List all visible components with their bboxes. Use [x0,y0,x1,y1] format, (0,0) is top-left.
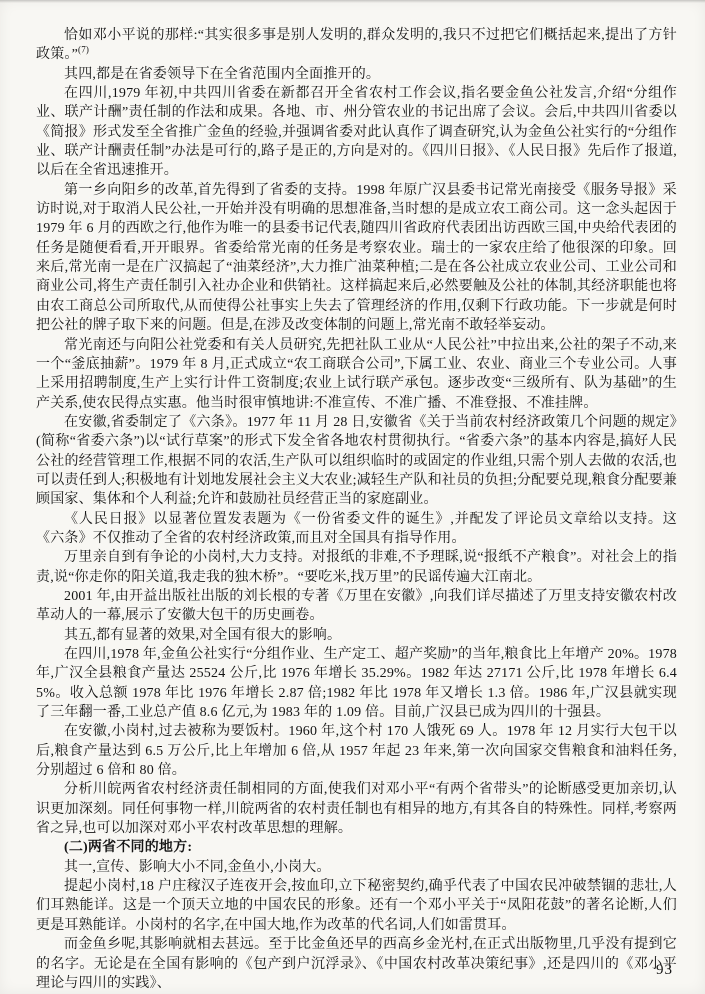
paragraph: 第一乡向阳乡的改革,首先得到了省委的支持。1998 年原广汉县委书记常光南接受《… [36,181,677,336]
paragraph: 其四,都是在省委领导下在全省范围内全面推开的。 [36,65,677,84]
paragraph: 《人民日报》以显著位置发表题为《一份省委文件的诞生》,并配发了评论员文章给以支持… [36,510,677,549]
paragraph: 2001 年,由开益出版社出版的刘长根的专著《万里在安徽》,向我们详尽描述了万里… [36,587,677,626]
paragraph: 在安徽,省委制定了《六条》。1977 年 11 月 28 日,安徽省《关于当前农… [36,413,677,510]
footnote-marker: (7) [78,45,89,55]
section-heading: (二)两省不同的地方: [36,838,677,857]
page-number: 93 [656,962,673,979]
paragraph: 分析川皖两省农村经济责任制相同的方面,使我们对邓小平“有两个省带头”的论断感受更… [36,780,677,838]
body-text: 恰如邓小平说的那样:“其实很多事是别人发明的,群众发明的,我只不过把它们概括起来… [36,26,677,993]
paragraph: 其一,宣传、影响大小不同,金鱼小,小岗大。 [36,858,677,877]
paragraph: 恰如邓小平说的那样:“其实很多事是别人发明的,群众发明的,我只不过把它们概括起来… [36,26,677,65]
paragraph: 提起小岗村,18 户庄稼汉子连夜开会,按血印,立下秘密契约,确乎代表了中国农民冲… [36,877,677,935]
paragraph: 而金鱼乡呢,其影响就相去甚远。至于比金鱼还早的西高乡金光村,在正式出版物里,几乎… [36,935,677,993]
paragraph: 在安徽,小岗村,过去被称为要饭村。1960 年,这个村 170 人饿死 69 人… [36,722,677,780]
paragraph: 万里亲自到有争论的小岗村,大力支持。对报纸的非难,不予理睬,说“报纸不产粮食”。… [36,548,677,587]
paragraph-text: 恰如邓小平说的那样:“其实很多事是别人发明的,群众发明的,我只不过把它们概括起来… [36,28,677,62]
paragraph: 其五,都有显著的效果,对全国有很大的影响。 [36,626,677,645]
paragraph: 在四川,1979 年初,中共四川省委在新都召开全省农村工作会议,指名要金鱼公社发… [36,84,677,181]
paragraph: 常光南还与向阳公社党委和有关人员研究,先把社队工业从“人民公社”中拉出来,公社的… [36,336,677,413]
scanned-document-page: 恰如邓小平说的那样:“其实很多事是别人发明的,群众发明的,我只不过把它们概括起来… [0,0,705,994]
paragraph: 在四川,1978 年,金鱼公社实行“分组作业、生产定工、超产奖励”的当年,粮食比… [36,645,677,722]
